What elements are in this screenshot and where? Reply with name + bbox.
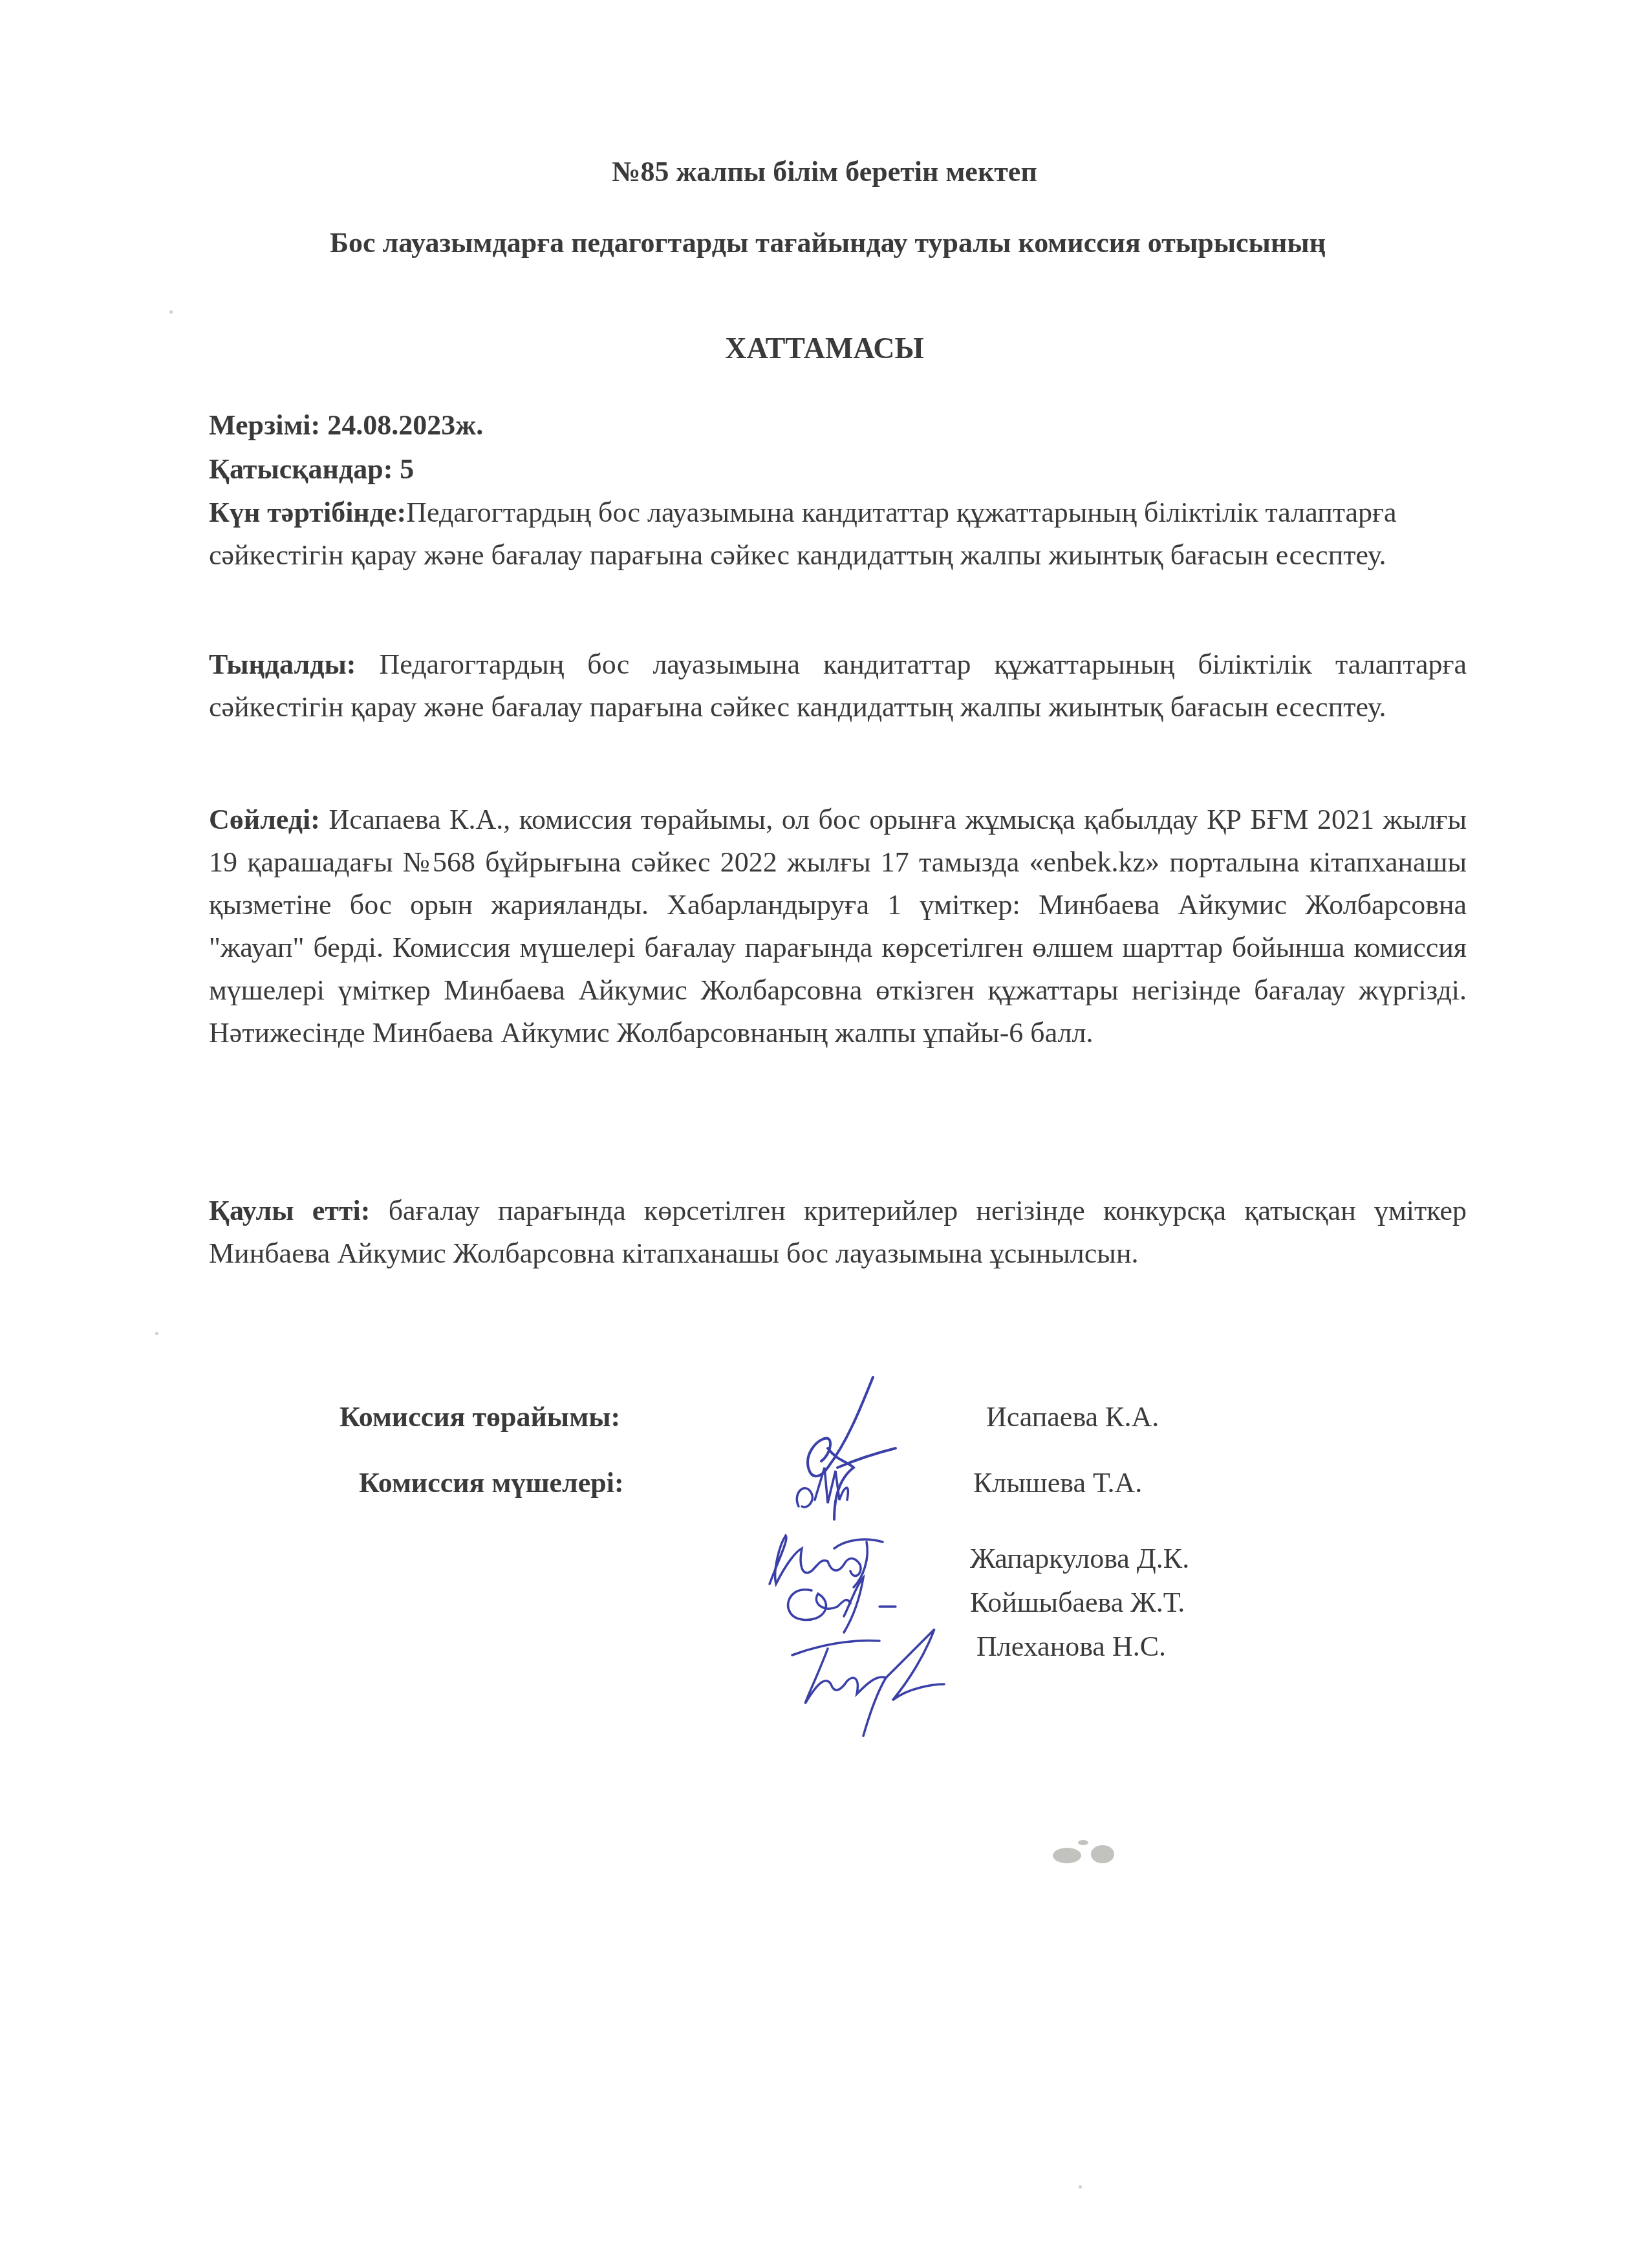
meeting-date: Мерзімі: 24.08.2023ж.	[209, 409, 483, 442]
scan-smudge-icon	[1048, 1836, 1125, 1868]
resolved-label: Қаулы етті:	[209, 1195, 370, 1226]
scan-speck	[1079, 2185, 1082, 2188]
document-page: №85 жалпы білім беретін мектеп Бос лауаз…	[0, 0, 1649, 2268]
agenda-paragraph: Күн тәртібінде:Педагогтардың бос лауазым…	[209, 491, 1467, 577]
chair-label: Комиссия төрайымы:	[339, 1400, 620, 1433]
protocol-title: ХАТТАМАСЫ	[0, 331, 1649, 365]
agenda-label: Күн тәртібінде:	[209, 497, 406, 528]
participants-value: 5	[400, 453, 414, 485]
signature-member-icon	[789, 1455, 867, 1519]
participants-label: Қатысқандар:	[209, 453, 393, 485]
date-value: 24.08.2023ж.	[327, 409, 483, 441]
scan-speck	[169, 310, 173, 314]
resolved-text: бағалау парағында көрсетілген критерийле…	[209, 1195, 1467, 1269]
signature-member-icon	[779, 1623, 973, 1739]
spoke-label: Сөйледі:	[209, 804, 320, 835]
spoke-paragraph: Сөйледі: Исапаева К.А., комиссия төрайым…	[209, 798, 1467, 1054]
resolved-paragraph: Қаулы етті: бағалау парағында көрсетілге…	[209, 1190, 1467, 1275]
heard-label: Тыңдалды:	[209, 648, 356, 680]
heard-text: Педагогтардың бос лауазымына кандитаттар…	[209, 648, 1467, 723]
members-label: Комиссия мүшелері:	[359, 1466, 624, 1499]
scan-speck	[155, 1332, 158, 1335]
spoke-text: Исапаева К.А., комиссия төрайымы, ол бос…	[209, 804, 1467, 1049]
member-name: Жапаркулова Д.К.	[970, 1542, 1189, 1575]
heard-paragraph: Тыңдалды: Педагогтардың бос лауазымына к…	[209, 643, 1467, 729]
member-name: Койшыбаева Ж.Т.	[970, 1586, 1185, 1619]
member-name: Плеханова Н.С.	[976, 1630, 1166, 1663]
commission-title: Бос лауазымдарға педагогтарды тағайындау…	[278, 223, 1377, 263]
school-title: №85 жалпы білім беретін мектеп	[0, 155, 1649, 188]
chair-name: Исапаева К.А.	[986, 1400, 1159, 1433]
participants: Қатысқандар: 5	[209, 453, 414, 486]
member-name: Клышева Т.А.	[973, 1466, 1142, 1499]
date-label: Мерзімі:	[209, 409, 320, 441]
